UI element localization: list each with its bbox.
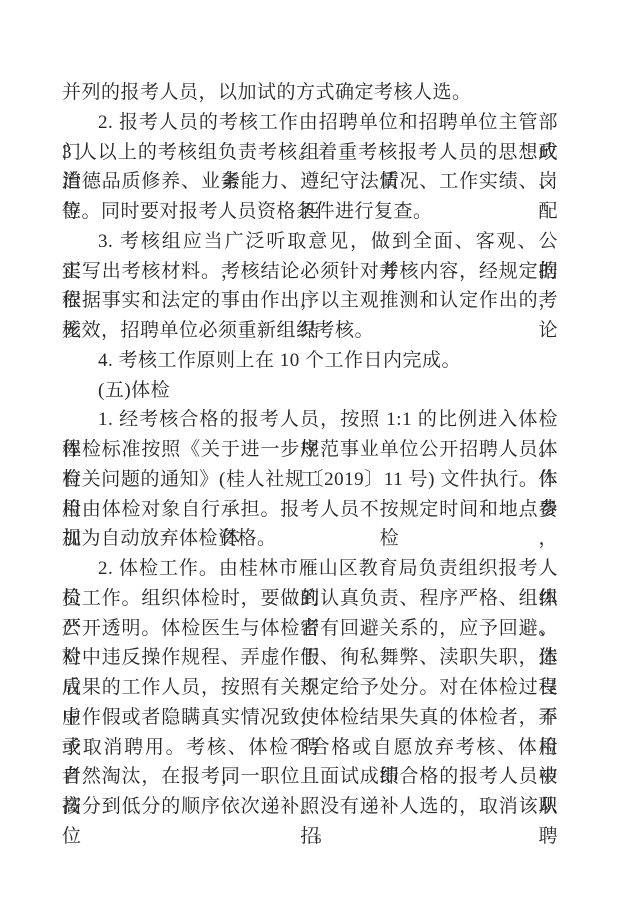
text-line: 4. 考核工作原则上在 10 个工作日内完成。 — [62, 346, 558, 376]
text-line: 依据事实和法定的事由作出，以主观推测和认定作出的考核结论 — [62, 286, 558, 316]
text-line: 3. 考核组应当广泛听取意见，做到全面、客观、公正，并据 — [62, 227, 558, 257]
text-line: 用由体检对象自行承担。报考人员不按规定时间和地点参加体检， — [62, 495, 558, 525]
text-line: 并列的报考人员，以加试的方式确定考核人选。 — [62, 78, 558, 108]
text-line: 自然淘汰，在报考同一职位且面试成绩合格的报考人员中按照从 — [62, 762, 558, 792]
text-line: 高分到低分的顺序依次递补。没有递补人选的，取消该职位招聘 — [62, 792, 558, 822]
document-page: 并列的报考人员，以加试的方式确定考核人选。 2. 报考人员的考核工作由招聘单位和… — [0, 0, 636, 900]
section-heading: (五)体检 — [62, 376, 558, 406]
text-line: 公开透明。体检医生与体检者有回避关系的，应予回避。对于体 — [62, 614, 558, 644]
text-line: 后果的工作人员，按照有关规定给予处分。对在体检过程中，弄 — [62, 673, 558, 703]
text-line: 实写出考核材料。考核结论必须针对考核内容，经规定的程序， — [62, 257, 558, 287]
text-line: 道德品质修养、业务能力、遵纪守法情况、工作实绩、岗位匹配 — [62, 167, 558, 197]
text-line: 2. 报考人员的考核工作由招聘单位和招聘单位主管部门组成 — [62, 108, 558, 138]
text-line: 或取消聘用。考核、体检不合格或自愿放弃考核、体检者，即被 — [62, 733, 558, 763]
text-line: 有关问题的通知》(桂人社规〔2019〕11 号) 文件执行。体检费 — [62, 465, 558, 495]
document-body: 并列的报考人员，以加试的方式确定考核人选。 2. 报考人员的考核工作由招聘单位和… — [62, 78, 558, 822]
text-line: 2. 体检工作。由桂林市雁山区教育局负责组织报考人员的体 — [62, 554, 558, 584]
text-line: 体检标准按照《关于进一步规范事业单位公开招聘人员体检工作 — [62, 435, 558, 465]
text-line: 检中违反操作规程、弄虚作假、徇私舞弊、渎职失职，造成不良 — [62, 643, 558, 673]
text-line: 检工作。组织体检时，要做到认真负责、程序严格、组织严密、 — [62, 584, 558, 614]
text-line: 虚作假或者隐瞒真实情况致使体检结果失真的体检者，不予聘用 — [62, 703, 558, 733]
text-line: 3 人以上的考核组负责考核。着重考核报考人员的思想政治素质、 — [62, 138, 558, 168]
text-line: 1. 经考核合格的报考人员，按照 1:1 的比例进入体检程序。 — [62, 405, 558, 435]
page-number: 6 — [0, 831, 636, 847]
